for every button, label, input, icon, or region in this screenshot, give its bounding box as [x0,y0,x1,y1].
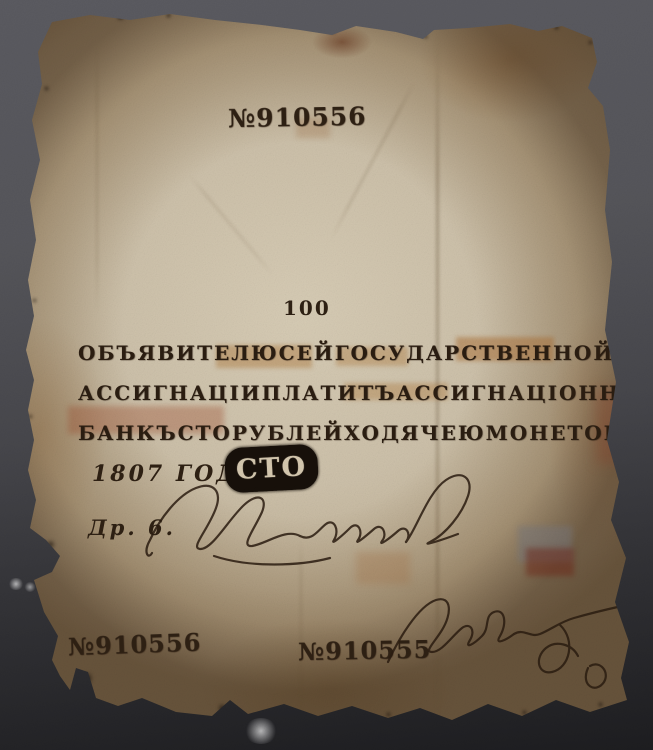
glare-spot [24,582,36,592]
banknote-paper: №910556 100 ОБЪЯВИТЕЛЮСЕЙГОСУДАРСТВЕННОЙ… [0,0,653,750]
signature-center-part2 [300,522,408,543]
signature-strokes [0,0,653,750]
signature-bottom-six [586,664,606,687]
glare-spot [8,578,24,590]
signature-bottom-part2 [514,599,650,635]
signature-center-underline [214,556,330,565]
charred-edge-spots [0,0,1,1]
photo-scene: №910556 100 ОБЪЯВИТЕЛЮСЕЙГОСУДАРСТВЕННОЙ… [0,0,653,750]
glare-spot [244,718,278,744]
signature-bottom-part1 [388,599,514,662]
signature-center-part1 [146,486,300,556]
signature-center-part3 [406,475,470,544]
